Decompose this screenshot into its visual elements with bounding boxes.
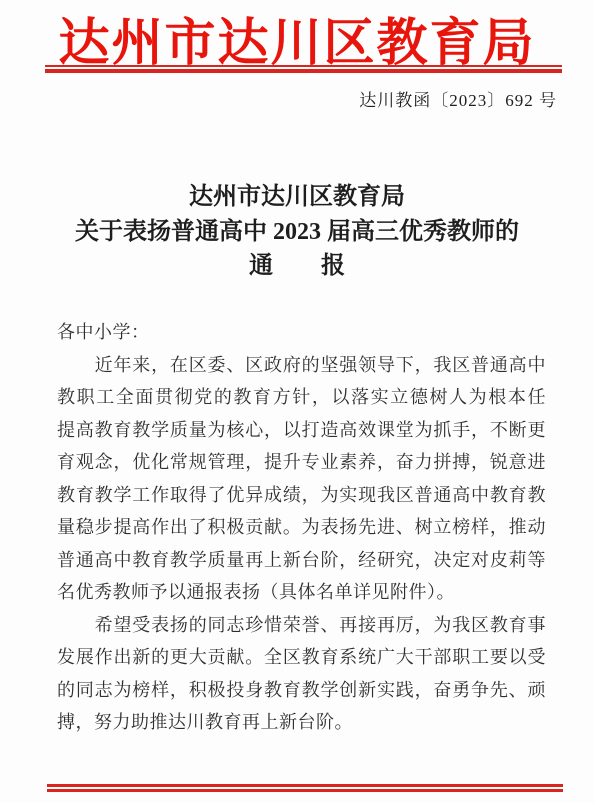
rule-stripe <box>47 789 563 792</box>
rule-stripe <box>45 69 562 73</box>
body-line: 教育教学工作取得了优异成绩，为实现我区普通高中教育教学质 <box>57 479 546 512</box>
title-line-doctype: 通 报 <box>0 249 594 284</box>
body-line: 名优秀教师予以通报表扬（具体名单详见附件）。 <box>57 576 546 609</box>
body-line: 的同志为榜样，积极投身教育教学创新实践，奋勇争先、顽强拼 <box>57 674 546 707</box>
document-page: 达州市达川区教育局 达川教函〔2023〕692 号 达州市达川区教育局 关于表扬… <box>0 0 594 803</box>
title-line-subject: 关于表扬普通高中 2023 届高三优秀教师的 <box>0 215 594 250</box>
document-body: 各中小学： 近年来，在区委、区政府的坚强领导下，我区普通高中广大 教职工全面贯彻… <box>57 316 546 739</box>
body-line: 发展作出新的更大贡献。全区教育系统广大干部职工要以受表扬 <box>57 641 546 674</box>
body-line: 提高教育教学质量为核心，以打造高效课堂为抓手，不断更新教 <box>57 414 546 447</box>
footer-double-rule <box>47 784 563 792</box>
body-line: 近年来，在区委、区政府的坚强领导下，我区普通高中广大 <box>57 349 546 382</box>
body-line: 教职工全面贯彻党的教育方针，以落实立德树人为根本任务，以 <box>57 381 546 414</box>
body-line: 希望受表扬的同志珍惜荣誉、再接再厉，为我区教育事业的 <box>57 609 546 642</box>
letterhead-double-rule <box>45 65 562 73</box>
salutation-line: 各中小学： <box>57 316 546 349</box>
document-title: 达州市达川区教育局 关于表扬普通高中 2023 届高三优秀教师的 通 报 <box>0 180 594 284</box>
document-number: 达川教函〔2023〕692 号 <box>359 86 557 111</box>
letterhead-agency-name: 达州市达川区教育局 <box>0 1 594 75</box>
body-line: 量稳步提高作出了积极贡献。为表扬先进、树立榜样，推动我区 <box>57 511 546 544</box>
body-line: 搏，努力助推达川教育再上新台阶。 <box>57 706 546 739</box>
body-line: 普通高中教育教学质量再上新台阶，经研究，决定对皮莉等 61 <box>57 544 546 577</box>
body-line: 育观念，优化常规管理，提升专业素养，奋力拼搏，锐意进取， <box>57 446 546 479</box>
title-line-agency: 达州市达川区教育局 <box>0 180 594 215</box>
